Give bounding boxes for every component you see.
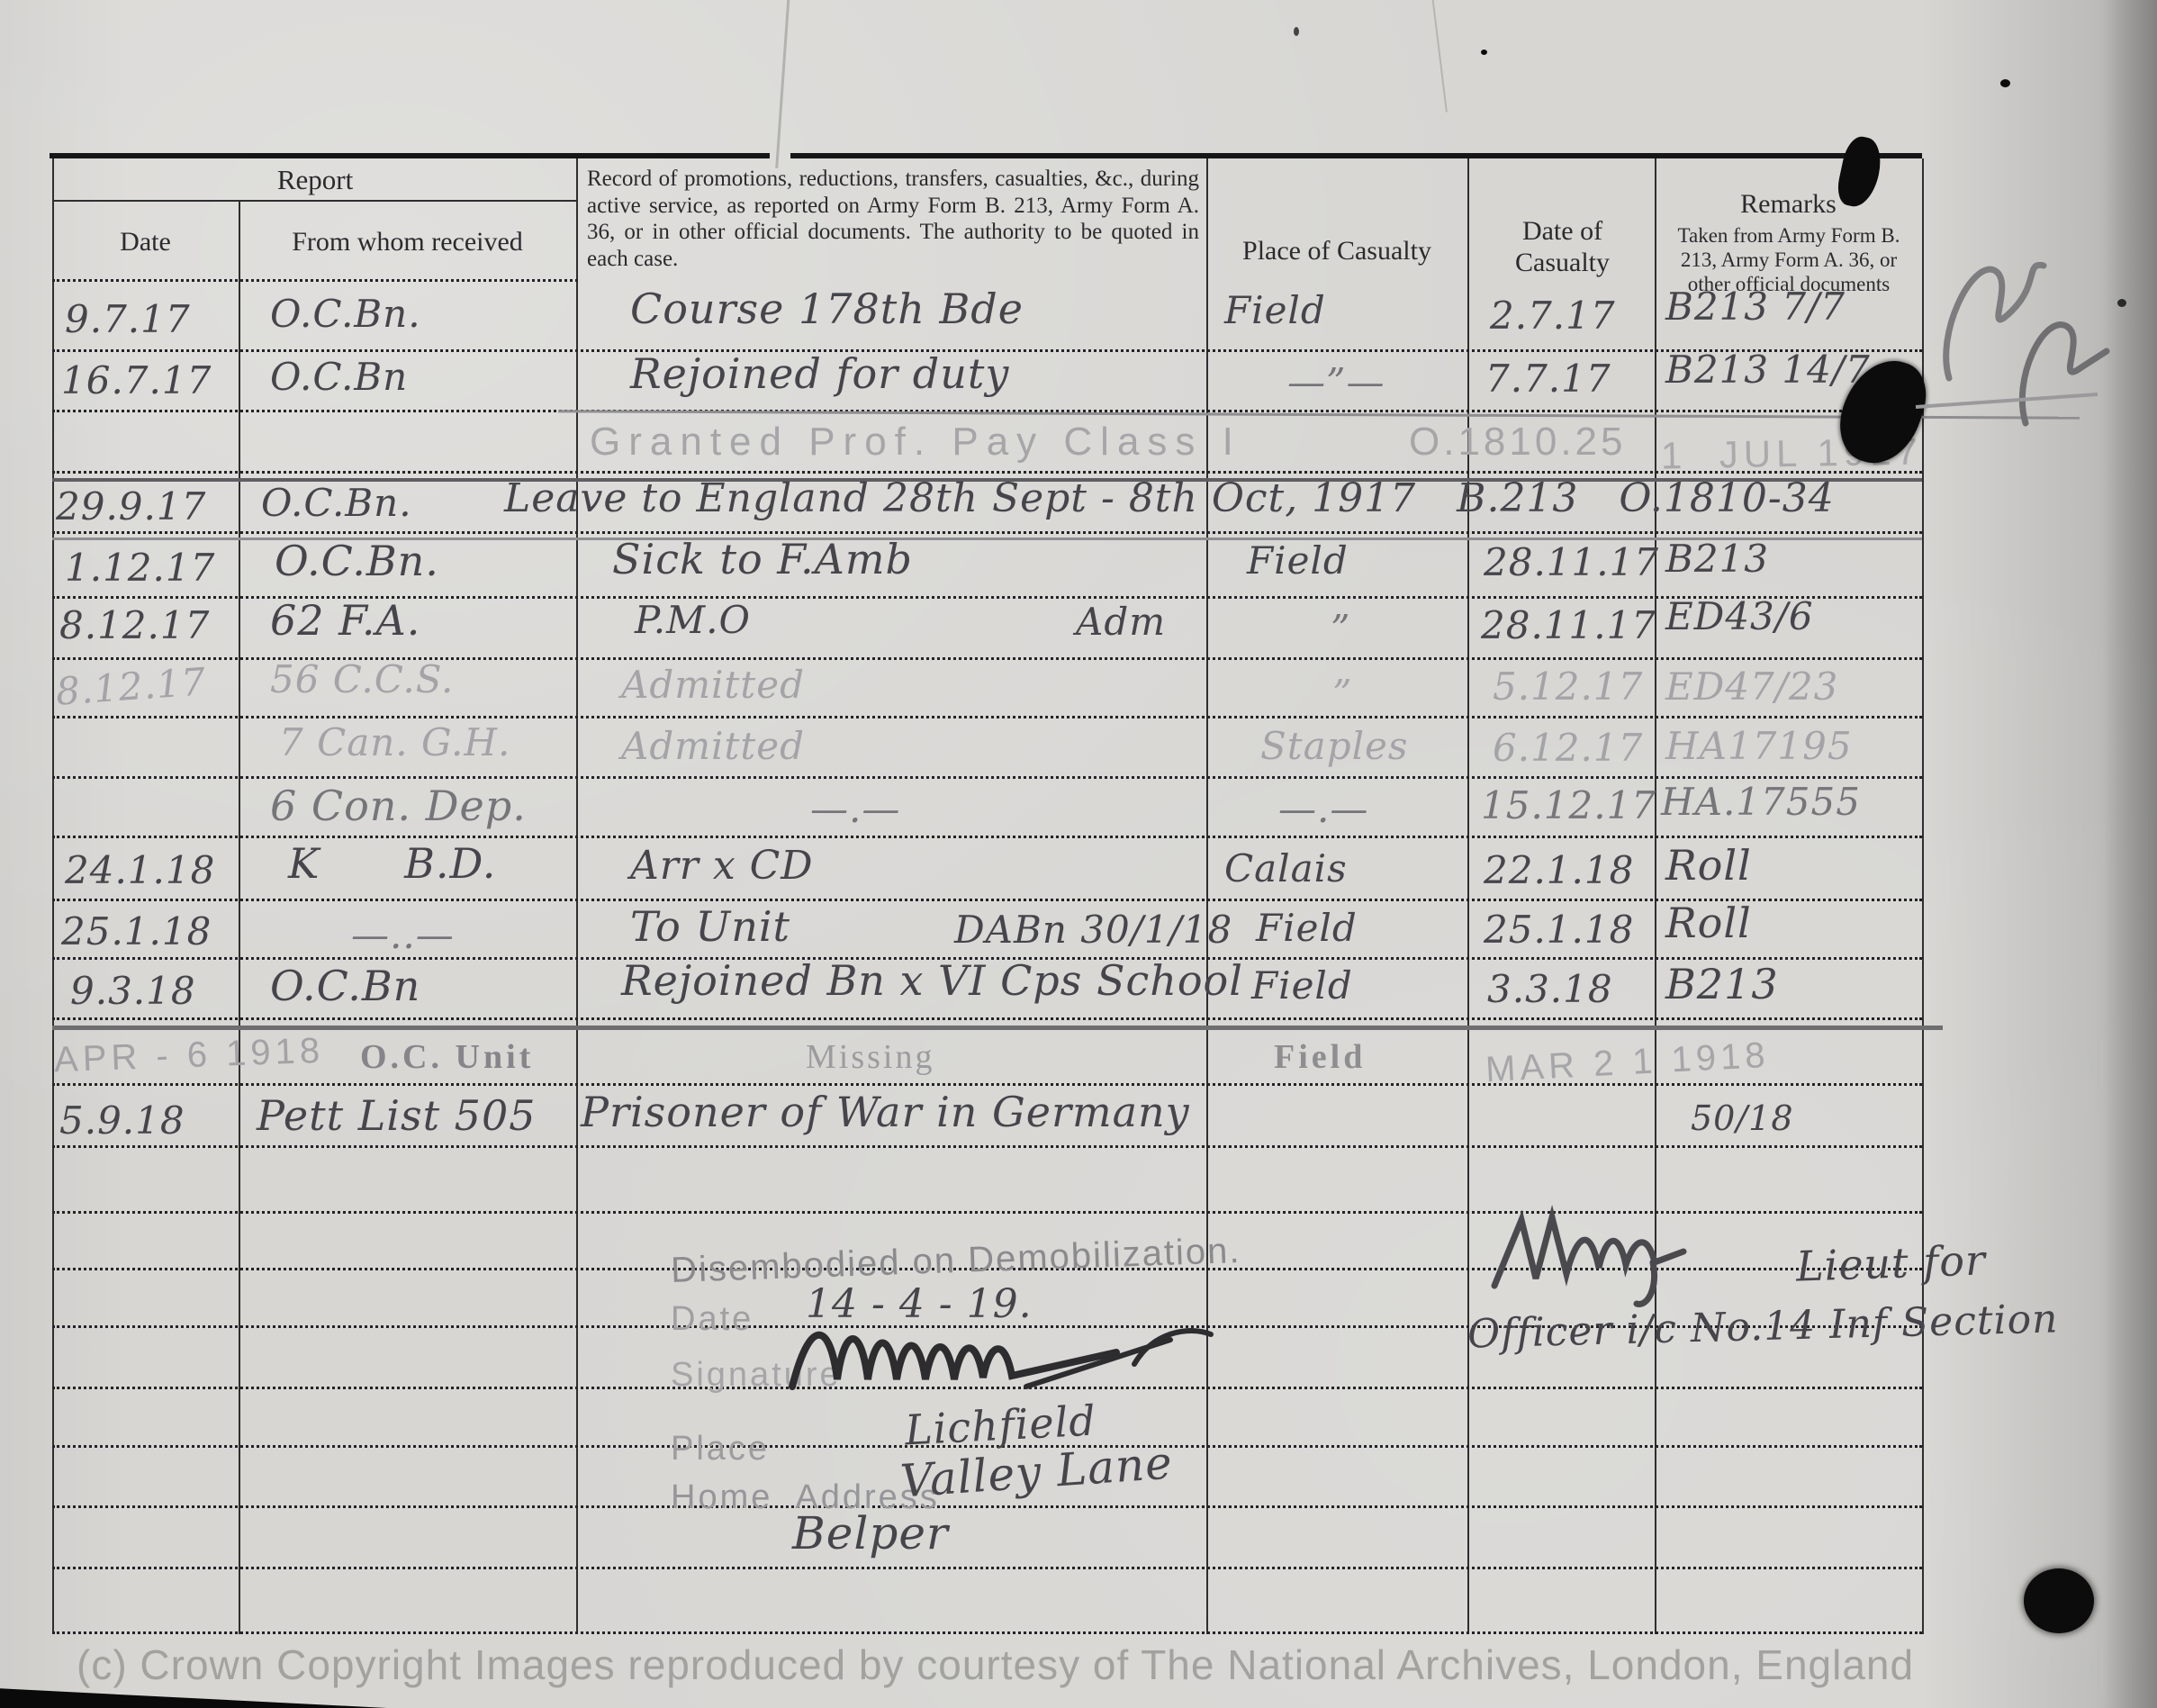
prof-pay-ref-stamp: O.1810.25 (1409, 420, 1627, 465)
margin-scrawl-icon (1946, 265, 2044, 378)
row-record: Leave to England 28th Sept - 8th Oct, 19… (504, 477, 1835, 520)
copyright-footer: (c) Crown Copyright Images reproduced by… (77, 1640, 2111, 1689)
row-date: 8.12.17 (55, 661, 208, 713)
row-cdate: 22.1.18 (1484, 850, 1634, 891)
col-header-from-whom: From whom received (239, 227, 576, 258)
row-place: Field (1256, 908, 1358, 949)
row-date: 9.3.18 (70, 971, 196, 1012)
row-place: Field (1224, 290, 1326, 331)
row-remarks: B213 (1665, 538, 1769, 580)
row-date: 25.1.18 (61, 911, 212, 953)
row-cdate: 25.1.18 (1484, 909, 1634, 951)
row-cdate: 28.11.17 (1484, 542, 1659, 583)
row-remarks: 50/18 (1691, 1100, 1794, 1138)
row-record-right: DABn 30/1/18 (954, 909, 1232, 951)
row-line (52, 836, 1922, 838)
row-date: 9.7.17 (65, 299, 191, 340)
row-from: 56 C.C.S. (270, 659, 454, 700)
row-line (52, 1387, 1922, 1389)
row-from: O.C.Bn. (261, 483, 412, 524)
row-place: Field (1251, 965, 1353, 1007)
lieut-for-note: Lieut for (1795, 1237, 1987, 1289)
row-date: 1.12.17 (65, 547, 215, 589)
row-line (52, 1567, 1922, 1569)
row-place: ” (1331, 609, 1350, 650)
row-line (52, 1017, 1922, 1020)
row-line (52, 1083, 1922, 1086)
row-line (52, 776, 1922, 779)
col-header-record: Record of promotions, reductions, transf… (587, 166, 1199, 272)
row-date: 5.9.18 (59, 1100, 185, 1142)
row-record: P.M.O (635, 600, 751, 641)
row-from: O.C.Bn (270, 963, 420, 1009)
ink-speck (1481, 50, 1487, 55)
ink-speck (2117, 299, 2126, 307)
paper-edge-right (2103, 0, 2157, 1708)
col-header-remarks: Remarks (1655, 189, 1922, 220)
missing-date-stamp: APR - 6 1918 (53, 1031, 325, 1080)
row-line (52, 899, 1922, 901)
row-from: Pett List 505 (257, 1093, 536, 1139)
table-rule-cdate-remarks (1655, 158, 1656, 1634)
row-date: 24.1.18 (65, 850, 215, 891)
row-place: ” (1332, 673, 1352, 715)
ink-speck (2000, 79, 2010, 87)
missing-record-stamp: Missing (806, 1037, 934, 1077)
row-from: O.C.Bn. (270, 294, 421, 335)
row-remarks: B213 14/7 (1665, 349, 1871, 391)
row-remarks: Roll (1665, 900, 1752, 946)
row-from: 7 Can. G.H. (279, 722, 510, 764)
paper-crease-top-right (1431, 0, 1448, 113)
row-line (52, 1505, 1922, 1508)
row-line (52, 1631, 1922, 1634)
table-rule-record-place (1206, 158, 1208, 1634)
row-cdate: 3.3.18 (1487, 969, 1613, 1010)
home-address-value2: Belper (792, 1509, 949, 1559)
paper-crease-top-center (775, 0, 790, 168)
row-date: 16.7.17 (61, 360, 212, 402)
row-record: Rejoined for duty (630, 351, 1009, 397)
col-header-date: Date (52, 227, 239, 258)
row-record: Sick to F.Amb (612, 537, 913, 583)
row-record: To Unit (630, 904, 790, 950)
row-cdate: 6.12.17 (1493, 727, 1643, 769)
row-remarks: ED43/6 (1665, 596, 1814, 637)
report-underline (52, 200, 578, 202)
missing-place-stamp: Field (1274, 1037, 1366, 1077)
row-from: K B.D. (288, 841, 496, 887)
row-place: —.— (1278, 789, 1368, 830)
row-date: 29.9.17 (56, 486, 206, 528)
demob-date-label: Date (671, 1300, 754, 1339)
row-record: Rejoined Bn x VI Cps School (621, 958, 1243, 1004)
row-remarks: HA17195 (1665, 726, 1853, 767)
col-header-place: Place of Casualty (1206, 236, 1467, 267)
missing-from-stamp: O.C. Unit (360, 1037, 534, 1077)
table-rule-date-from (239, 202, 240, 1634)
row-record: Admitted (621, 664, 805, 706)
row-from: 6 Con. Dep. (270, 783, 527, 829)
row-cdate: 28.11.17 (1481, 605, 1656, 646)
signature-label: Signature (671, 1356, 842, 1395)
ink-speck (1294, 27, 1299, 36)
ink-blot-bottom-right (2024, 1568, 2094, 1633)
row-from: O.C.Bn (270, 357, 408, 398)
row-line (52, 531, 1922, 534)
row-remarks: HA.17555 (1661, 782, 1861, 823)
margin-scrawl-icon (2022, 325, 2107, 423)
table-top-border-left (50, 153, 770, 158)
row-place: Staples (1260, 726, 1408, 767)
header-bottom-dotted (52, 279, 578, 282)
col-header-report: Report (52, 164, 578, 196)
row-record: Prisoner of War in Germany (581, 1089, 1190, 1135)
row-remarks: B213 (1665, 962, 1779, 1008)
table-rule-left (52, 158, 54, 1634)
place-label: Place (671, 1430, 770, 1469)
prof-pay-stamp: Granted Prof. Pay Class I (590, 420, 1241, 465)
row-from: —..— (351, 915, 455, 956)
demob-date-value: 14 - 4 - 19. (806, 1283, 1033, 1326)
row-remarks: B213 7/7 (1665, 286, 1846, 328)
row-from: 62 F.A. (270, 598, 420, 644)
heavy-line (52, 1026, 1943, 1030)
table-rule-place-cdate (1467, 158, 1469, 1634)
table-rule-from-record (576, 158, 578, 1634)
row-date: 8.12.17 (59, 605, 210, 646)
row-line (52, 1145, 1922, 1148)
row-line (52, 471, 1922, 474)
row-record-right: Adm (1076, 601, 1166, 643)
row-line (52, 1211, 1922, 1214)
officer-note: Officer i/c No.14 Inf Section (1467, 1297, 2059, 1357)
row-line (52, 716, 1922, 718)
row-cdate: 2.7.17 (1490, 295, 1616, 337)
service-record-page: Report Date From whom received Record of… (0, 0, 2157, 1708)
table-top-border-right (790, 153, 1922, 158)
signature-flourish-icon (1026, 1331, 1211, 1387)
row-cdate: 7.7.17 (1485, 358, 1611, 400)
row-record: Arr x CD (630, 845, 814, 888)
col-header-date-of-casualty: Date of Casualty (1484, 216, 1641, 278)
row-record: Course 178th Bde (630, 286, 1024, 332)
row-cdate: 5.12.17 (1493, 666, 1643, 708)
row-record: Admitted (621, 726, 805, 767)
margin-scrawl-icon (1916, 394, 2098, 407)
row-remarks: ED47/23 (1665, 666, 1838, 708)
row-from: O.C.Bn. (275, 538, 439, 584)
row-place: Calais (1224, 848, 1348, 890)
row-place: Field (1247, 540, 1349, 582)
missing-cdate-stamp: MAR 2 1 1918 (1485, 1035, 1771, 1090)
row-cdate: 15.12.17 (1481, 785, 1656, 827)
row-record: —.— (810, 789, 900, 830)
row-remarks: Roll (1665, 843, 1752, 889)
row-place: —”— (1287, 362, 1385, 403)
